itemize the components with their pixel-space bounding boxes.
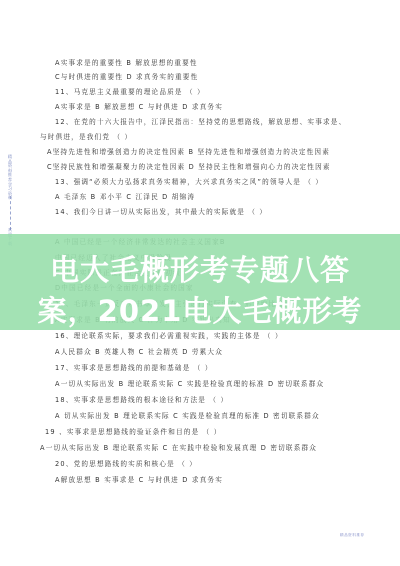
question-line: 16、理论联系实际，要求我们必需重视实践，实践的主体是 （ ） — [55, 330, 283, 340]
footer-watermark: 精品资料推荐 — [340, 533, 365, 538]
question-line: A坚持先进性和增强创造力的决定性因素 B 坚持先进性和增强创造力的决定性因素 — [47, 146, 330, 156]
question-line: C与时俱进的重要性 D 求真务实的重要性 — [55, 71, 198, 81]
banner-title-line-2: 案，2021电大毛概形考 — [0, 289, 400, 330]
question-line: A 毛泽东 B 邓小平 C 江泽民 D 胡锦涛 — [55, 191, 195, 201]
question-line: 12、在党的十六大报告中，江泽民指出：坚持党的思想路线，解放思想、实事求是、 — [55, 116, 346, 126]
document-page: 精品资料推荐学习资料 欢迎下载 A实事求是的重要性 B 解放思想的重要性 C与时… — [0, 0, 400, 566]
question-line: 11、马克思主义最重要的理论品质是 （ ） — [55, 86, 205, 96]
question-line: A一切从实际出发 B 理论联系实际 C 实践是检验真理的标准 D 密切联系群众 — [55, 378, 324, 388]
question-line: A解放思想 B 实事求是 C 与时俱进 D 求真务实 — [55, 474, 223, 484]
question-line: 20、党的思想路线的实质和核心是 （ ） — [55, 458, 197, 468]
question-line: A 切从实际出发 B 理论联系实际 C 实践是检验真理的标准 D 密切联系群众 — [55, 410, 320, 420]
question-line: A人民群众 B 英雄人物 C 社会精英 D 劳累大众 — [55, 346, 223, 356]
question-line: 14、我们今日讲一切从实际出发，其中最大的实际就是 （ ） — [55, 206, 267, 216]
question-line: 与时俱进，是我们党 （ ） — [40, 131, 132, 141]
question-line: 19 、实事求是思想路线的验证条件和目的是 （ ） — [45, 426, 222, 436]
side-divider — [10, 196, 11, 230]
side-watermark-top: 精品资料推荐学习资料 — [8, 155, 14, 201]
question-line: 13、强调“必须大力弘扬求真务实精神，大兴求真务实之风”的领导人是 （ ） — [55, 176, 323, 186]
question-line: A实事求是的重要性 B 解放思想的重要性 — [55, 57, 198, 67]
question-line: 18、实事求是思想路线的根本途径和方法是 （ ） — [55, 394, 228, 404]
banner-title-line-1: 电大毛概形考专题八答 — [0, 248, 400, 289]
question-line: 17、实事求是思想路线的前提和基础是 （ ） — [55, 362, 213, 372]
question-line: C坚持民族性和增强凝聚力的决定性因素 D 坚持民主性和增强向心力的决定性因素 — [47, 161, 331, 171]
question-line: A一切从实际出发 B 理论联系实际 C 在实践中检验和发展真理 D 密切联系群众 — [40, 442, 317, 452]
question-line: A实事求是 B 解放思想 C 与时俱进 D 求真务实 — [55, 101, 223, 111]
